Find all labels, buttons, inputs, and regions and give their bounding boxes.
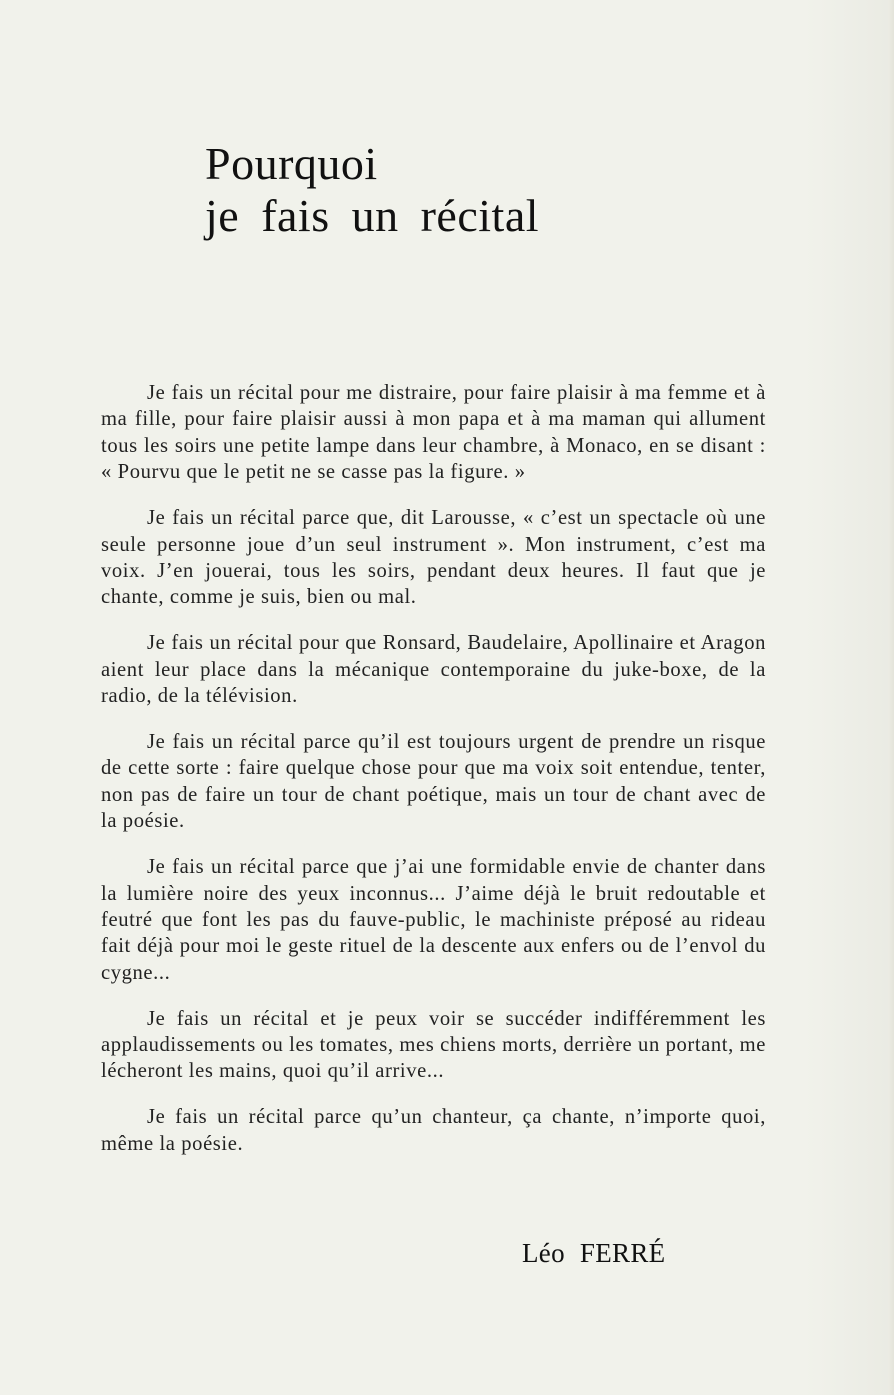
paragraph-2: Je fais un récital parce que, dit Larous…	[101, 505, 766, 611]
paragraph-3: Je fais un récital pour que Ronsard, Bau…	[101, 630, 766, 709]
paragraph-7: Je fais un récital parce qu’un chanteur,…	[101, 1104, 766, 1157]
scanned-page: Pourquoi je fais un récital Je fais un r…	[0, 0, 894, 1395]
author-signature: Léo FERRÉ	[522, 1237, 665, 1269]
body-text: Je fais un récital pour me distraire, po…	[101, 380, 766, 1177]
paragraph-5: Je fais un récital parce que j’ai une fo…	[101, 854, 766, 986]
title-line-1: Pourquoi	[205, 138, 539, 190]
paragraph-6: Je fais un récital et je peux voir se su…	[101, 1006, 766, 1085]
paragraph-4: Je fais un récital parce qu’il est toujo…	[101, 729, 766, 835]
title-line-2: je fais un récital	[205, 190, 539, 242]
page-title: Pourquoi je fais un récital	[205, 138, 539, 242]
paragraph-1: Je fais un récital pour me distraire, po…	[101, 380, 766, 486]
page-edge	[888, 0, 894, 1395]
